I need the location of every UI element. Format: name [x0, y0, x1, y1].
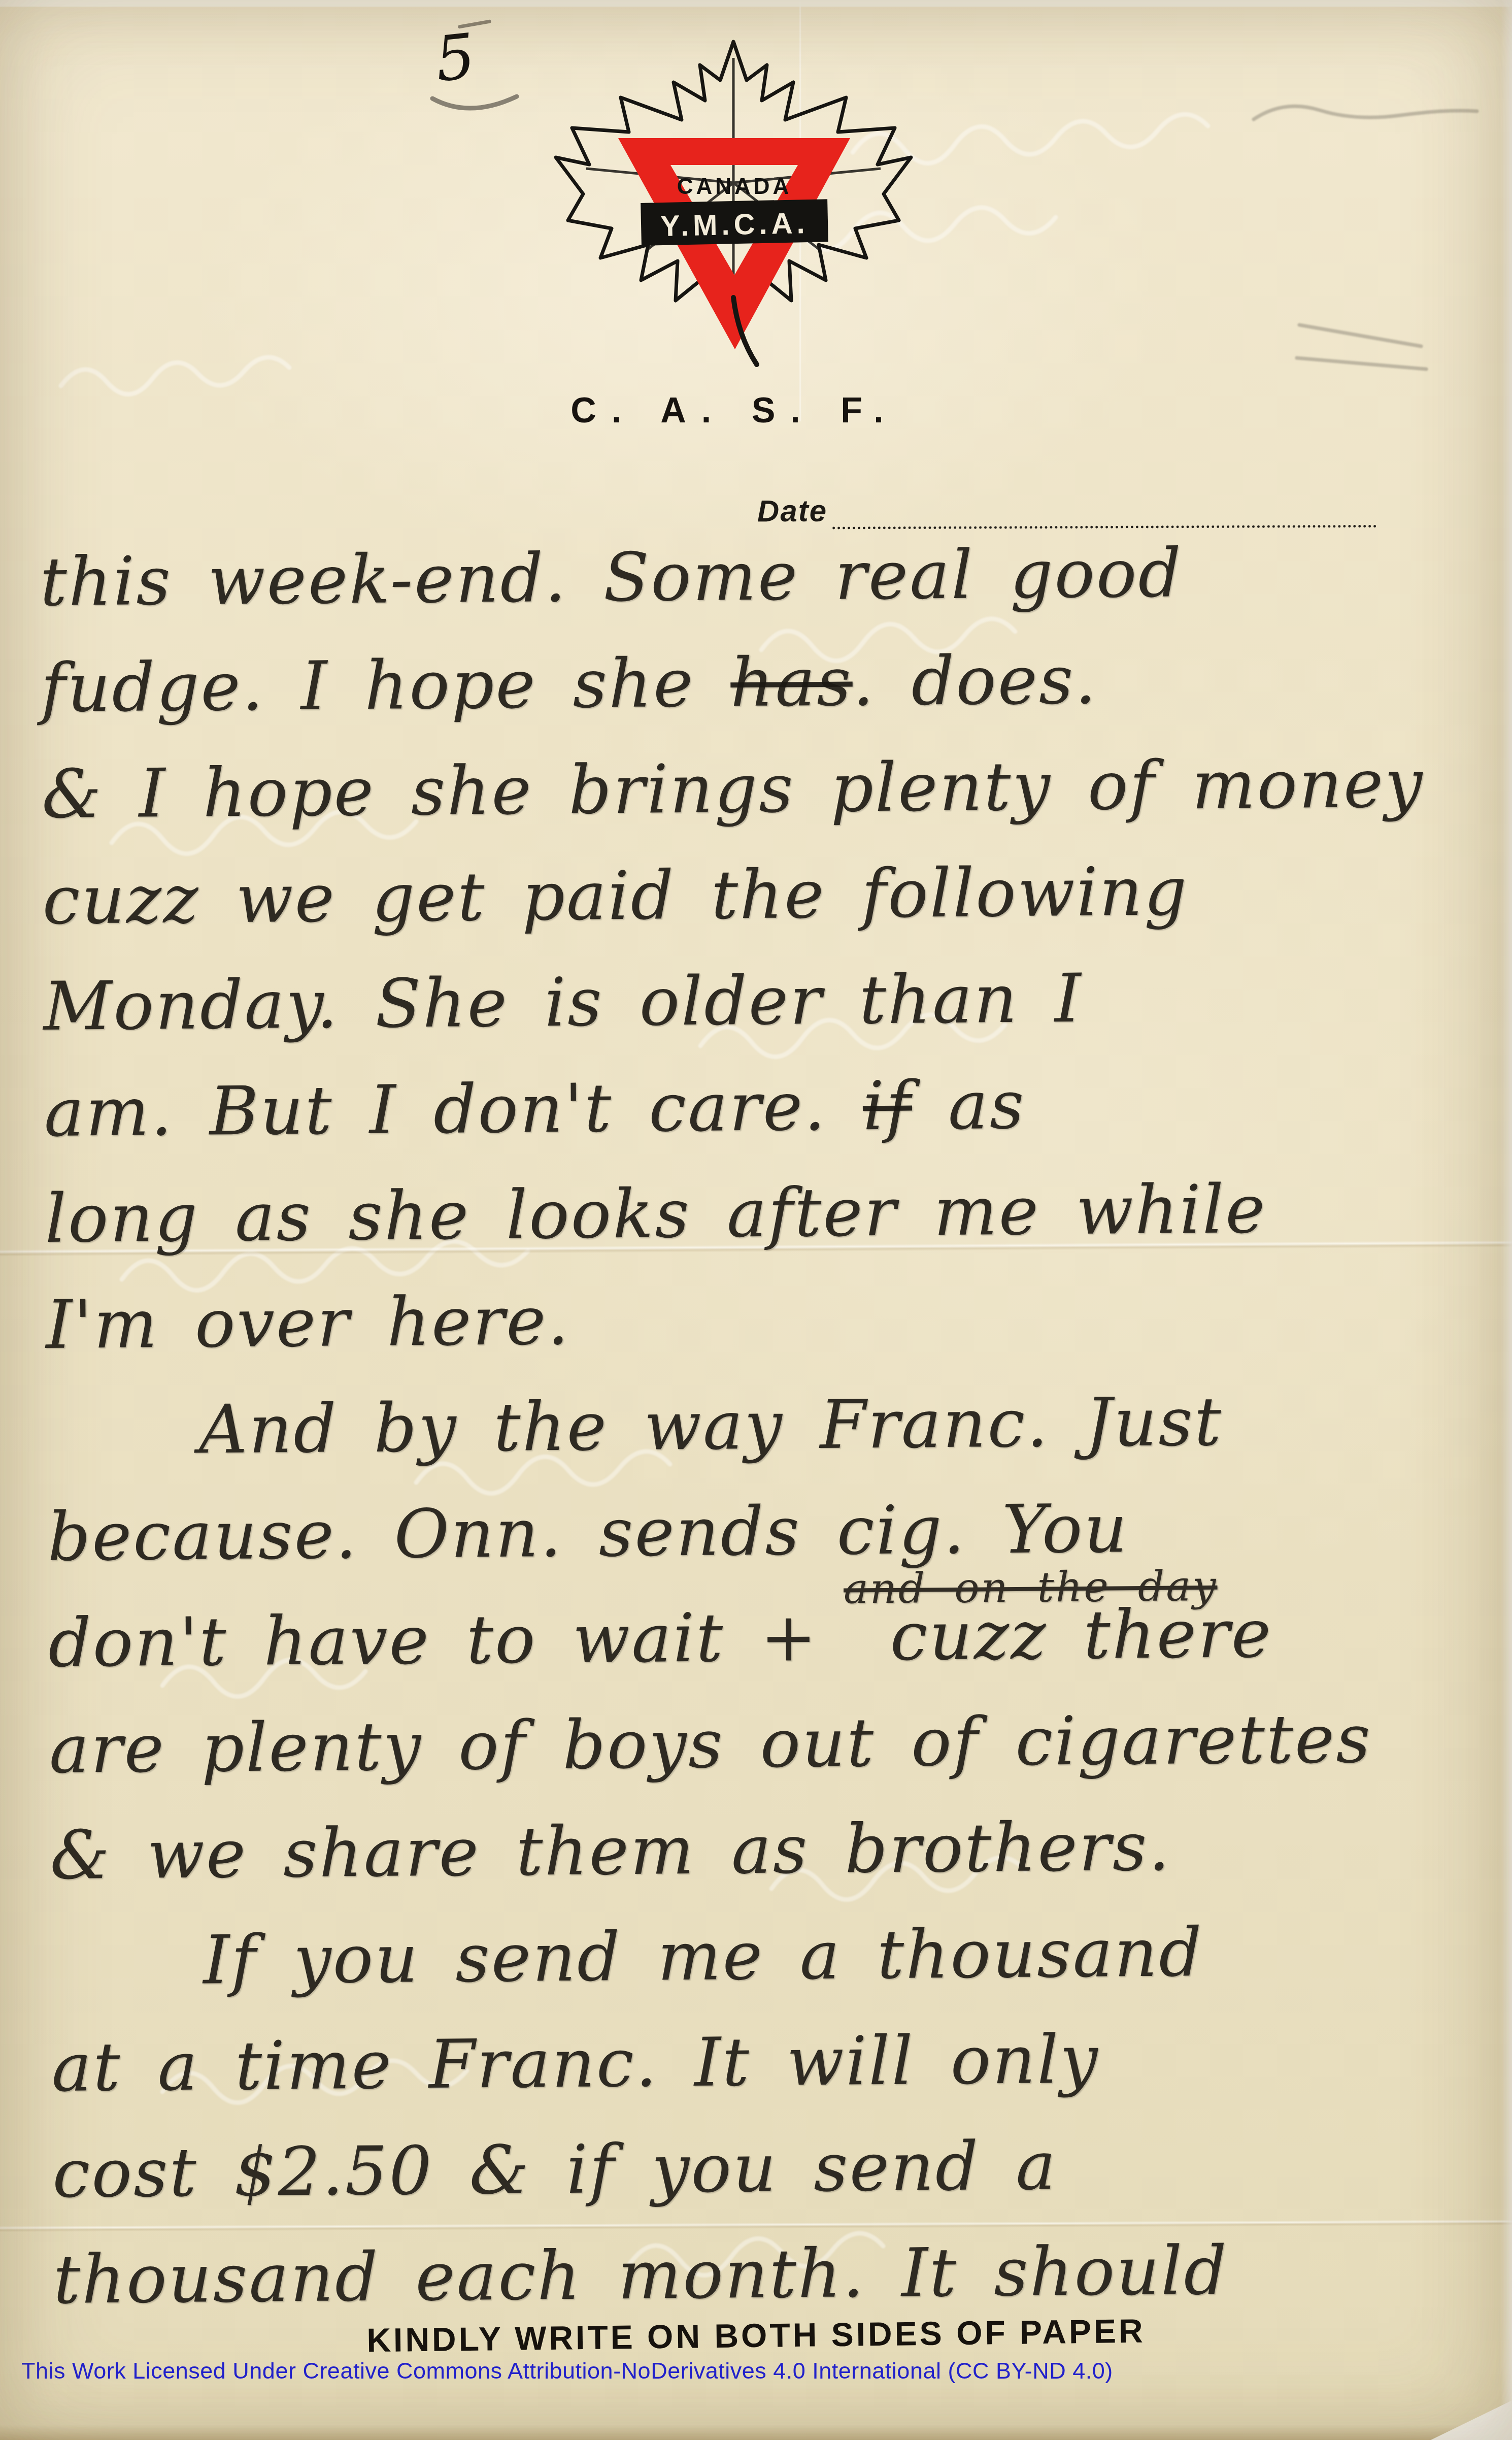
- letter-text: cuzz we get paid the following: [42, 852, 1189, 940]
- ymca-canada-logo: CANADA Y.M.C.A.: [551, 15, 916, 371]
- letter-line: cuzz we get paid the following: [42, 839, 1501, 957]
- struck-text: if: [862, 1067, 912, 1146]
- letter-line: If you send me a thousand: [50, 1900, 1509, 2018]
- letter-text: . does.: [852, 641, 1098, 721]
- letter-text: long as she looks after me while: [45, 1170, 1267, 1258]
- letter-body: this week-end. Some real goodfudge. I ho…: [40, 520, 1512, 2335]
- scan-edge-right: [1501, 0, 1512, 2440]
- letter-line: cost $2.50 & if you send a: [52, 2112, 1511, 2230]
- casf-caption: C. A. S. F.: [0, 390, 1491, 431]
- letter-text: am. But I don't care.: [44, 1067, 863, 1152]
- logo-org-label: Y.M.C.A.: [660, 207, 809, 243]
- letter-line: because. Onn. sends cig. You: [47, 1475, 1506, 1593]
- letter-line: I'm over here.: [45, 1263, 1504, 1381]
- letter-text: because. Onn. sends cig. You: [47, 1490, 1129, 1576]
- letter-text: fudge. I hope she: [41, 644, 731, 728]
- letter-text: cost $2.50 & if you send a: [52, 2127, 1058, 2213]
- logo-country-label: CANADA: [677, 174, 792, 199]
- scan-edge-bottom: [0, 2425, 1512, 2440]
- letter-text: And by the way Franc. Just: [198, 1383, 1223, 1469]
- inserted-struck-text: and on the day: [844, 1566, 1218, 1610]
- letter-line: long as she looks after me while: [45, 1157, 1504, 1275]
- letter-text: & I hope she brings plenty of money: [41, 745, 1424, 834]
- letter-text: thousand each month. It should: [53, 2232, 1228, 2319]
- letter-text: I'm over here.: [46, 1282, 570, 1364]
- license-text: This Work Licensed Under Creative Common…: [21, 2358, 1113, 2384]
- letter-text: If you send me a thousand: [203, 1914, 1204, 1999]
- page-number: 5: [435, 24, 522, 86]
- letter-line: & we share them as brothers.: [50, 1794, 1509, 1911]
- letter-line: am. But I don't care. if as: [44, 1051, 1503, 1169]
- struck-text: has: [730, 643, 853, 722]
- letter-text: & we share them as brothers.: [50, 1808, 1171, 1895]
- letter-text: Monday. She is older than I: [43, 960, 1083, 1046]
- letter-line: Monday. She is older than I: [43, 945, 1502, 1063]
- letter-line: don't have to wait + and on the day cuzz…: [48, 1581, 1507, 1699]
- letter-text: as: [912, 1066, 1026, 1145]
- letter-line: at a time Franc. It will only: [51, 2006, 1510, 2124]
- letter-text: are plenty of boys out of cigarettes: [49, 1700, 1372, 1788]
- scan-edge-top: [0, 0, 1512, 7]
- letter-line: fudge. I hope she has. does.: [41, 627, 1500, 744]
- letter-text: this week-end. Some real good: [40, 534, 1183, 621]
- page-number-value: 5: [432, 20, 525, 90]
- letter-text: don't have to wait +: [48, 1598, 855, 1682]
- date-field: Date: [757, 489, 1376, 526]
- letter-line: are plenty of boys out of cigarettes: [49, 1688, 1508, 1805]
- letter-line: And by the way Franc. Just: [46, 1369, 1505, 1487]
- letter-page: 5 CANADA Y.M.C.A. C. A. S. F. Date this …: [0, 0, 1512, 2440]
- letter-text: at a time Franc. It will only: [51, 2021, 1099, 2107]
- date-label: Date: [757, 496, 827, 526]
- letter-line: this week-end. Some real good: [40, 520, 1499, 638]
- letter-line: & I hope she brings plenty of money: [41, 733, 1500, 850]
- pencil-underline: [426, 89, 523, 120]
